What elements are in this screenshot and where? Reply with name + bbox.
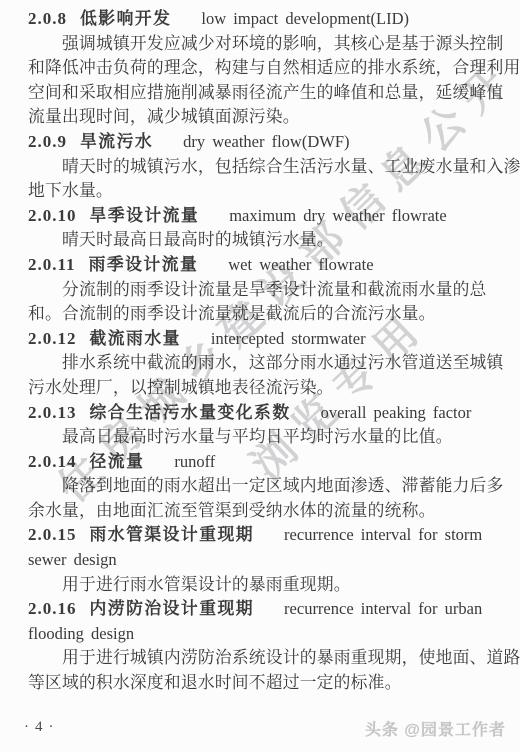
term-name-english: recurrence interval for urban: [284, 599, 482, 618]
term-name-chinese: 截流雨水量: [90, 329, 181, 348]
term-name-chinese: 旱季设计流量: [90, 206, 200, 225]
term-name-chinese: 径流量: [90, 452, 145, 471]
term-definition: 晴天时的城镇污水，包括综合生活污水量、工业废水量和入渗地下水量。: [28, 155, 496, 204]
definition-line: 污水处理厂，以控制城镇地表径流污染。: [28, 376, 496, 401]
definition-line: 地下水量。: [28, 179, 496, 204]
term-heading: 2.0.8低影响开发low impact development(LID): [28, 7, 496, 32]
definition-line: 空间和采取相应措施削减暴雨径流产生的峰值和总量，延缓峰值: [28, 81, 496, 106]
page-number: ·4·: [24, 719, 60, 736]
definition-line: 和。合流制的雨季设计流量就是截流后的合流污水量。: [28, 302, 496, 327]
term-number: 2.0.16: [28, 599, 77, 618]
term-heading: 2.0.16内涝防治设计重现期recurrence interval for u…: [28, 597, 496, 622]
definition-line: 用于进行雨水管渠设计的暴雨重现期。: [28, 573, 496, 598]
term-name-english: dry weather flow(DWF): [183, 132, 349, 151]
definition-line: 分流制的雨季设计流量是旱季设计流量和截流雨水量的总: [28, 278, 496, 303]
definition-line: 晴天时的城镇污水，包括综合生活污水量、工业废水量和入渗: [28, 155, 496, 180]
term-name-chinese: 旱流污水: [80, 132, 153, 151]
term-number: 2.0.12: [28, 329, 77, 348]
term-heading: 2.0.9旱流污水dry weather flow(DWF): [28, 130, 496, 155]
term-definition: 用于进行雨水管渠设计的暴雨重现期。: [28, 573, 496, 598]
definition-line: 强调城镇开发应减少对环境的影响，其核心是基于源头控制: [28, 32, 496, 57]
term-definition: 用于进行城镇内涝防治系统设计的暴雨重现期，使地面、道路等区域的积水深度和退水时间…: [28, 646, 496, 695]
term-name-chinese: 雨水管渠设计重现期: [90, 525, 255, 544]
definition-line: 降落到地面的雨水超出一定区域内地面渗透、滞蓄能力后多: [28, 474, 496, 499]
term-heading: 2.0.11雨季设计流量wet weather flowrate: [28, 253, 496, 278]
credit-watermark: 头条 @园景工作者: [365, 717, 506, 740]
term-heading: 2.0.10旱季设计流量maximum dry weather flowrate: [28, 204, 496, 229]
definition-line: 等区域的积水深度和退水时间不超过一定的标准。: [28, 671, 496, 696]
term-number: 2.0.11: [28, 255, 76, 274]
term-number: 2.0.8: [28, 9, 67, 28]
term-definition: 降落到地面的雨水超出一定区域内地面渗透、滞蓄能力后多余水量，由地面汇流至管渠到受…: [28, 474, 496, 523]
term-definition: 晴天时最高日最高时的城镇污水量。: [28, 228, 496, 253]
term-number: 2.0.10: [28, 206, 77, 225]
definition-line: 排水系统中截流的雨水，这部分雨水通过污水管道送至城镇: [28, 351, 496, 376]
term-entry: 2.0.16内涝防治设计重现期recurrence interval for u…: [28, 597, 496, 695]
term-name-english: intercepted stormwater: [211, 329, 366, 348]
term-definition: 强调城镇开发应减少对环境的影响，其核心是基于源头控制和降低冲击负荷的理念，构建与…: [28, 32, 496, 130]
definition-line: 流量出现时间，减少城镇面源污染。: [28, 105, 496, 130]
term-heading: 2.0.12截流雨水量intercepted stormwater: [28, 327, 496, 352]
definition-line: 晴天时最高日最高时的城镇污水量。: [28, 228, 496, 253]
term-number: 2.0.9: [28, 132, 67, 151]
term-entry: 2.0.15雨水管渠设计重现期recurrence interval for s…: [28, 523, 496, 597]
term-name-english: recurrence interval for storm: [284, 525, 482, 544]
definition-line: 余水量，由地面汇流至管渠到受纳水体的流量的统称。: [28, 499, 496, 524]
term-entry: 2.0.12截流雨水量intercepted stormwater 排水系统中截…: [28, 327, 496, 401]
term-name-english: low impact development(LID): [201, 9, 409, 28]
term-heading: 2.0.13综合生活污水量变化系数overall peaking factor: [28, 401, 496, 426]
term-name-chinese: 雨季设计流量: [89, 255, 199, 274]
term-definition: 最高日最高时污水量与平均日平均时污水量的比值。: [28, 425, 496, 450]
term-english-continuation: flooding design: [28, 622, 496, 647]
term-name-english: runoff: [174, 452, 215, 471]
term-heading: 2.0.14径流量runoff: [28, 450, 496, 475]
term-number: 2.0.15: [28, 525, 77, 544]
term-number: 2.0.13: [28, 403, 77, 422]
term-heading: 2.0.15雨水管渠设计重现期recurrence interval for s…: [28, 523, 496, 548]
term-name-chinese: 内涝防治设计重现期: [90, 599, 255, 618]
term-name-english: overall peaking factor: [321, 403, 472, 422]
term-entry: 2.0.10旱季设计流量maximum dry weather flowrate…: [28, 204, 496, 253]
term-entry: 2.0.11雨季设计流量wet weather flowrate 分流制的雨季设…: [28, 253, 496, 327]
terms-list: 2.0.8低影响开发low impact development(LID) 强调…: [0, 0, 520, 696]
term-entry: 2.0.13综合生活污水量变化系数overall peaking factor …: [28, 401, 496, 450]
term-name-chinese: 低影响开发: [80, 9, 171, 28]
definition-line: 最高日最高时污水量与平均日平均时污水量的比值。: [28, 425, 496, 450]
document-page: 住房城乡建设部信息公开 浏览专用 2.0.8低影响开发low impact de…: [0, 0, 520, 752]
term-entry: 2.0.8低影响开发low impact development(LID) 强调…: [28, 7, 496, 130]
definition-line: 和降低冲击负荷的理念，构建与自然相适应的排水系统，合理利用: [28, 56, 496, 81]
term-number: 2.0.14: [28, 452, 77, 471]
term-definition: 排水系统中截流的雨水，这部分雨水通过污水管道送至城镇污水处理厂，以控制城镇地表径…: [28, 351, 496, 400]
definition-line: 用于进行城镇内涝防治系统设计的暴雨重现期，使地面、道路: [28, 646, 496, 671]
term-name-english: wet weather flowrate: [228, 255, 373, 274]
term-name-english: maximum dry weather flowrate: [229, 206, 446, 225]
term-name-chinese: 综合生活污水量变化系数: [90, 403, 291, 422]
term-definition: 分流制的雨季设计流量是旱季设计流量和截流雨水量的总和。合流制的雨季设计流量就是截…: [28, 278, 496, 327]
term-entry: 2.0.9旱流污水dry weather flow(DWF) 晴天时的城镇污水，…: [28, 130, 496, 204]
term-entry: 2.0.14径流量runoff 降落到地面的雨水超出一定区域内地面渗透、滞蓄能力…: [28, 450, 496, 524]
term-english-continuation: sewer design: [28, 548, 496, 573]
